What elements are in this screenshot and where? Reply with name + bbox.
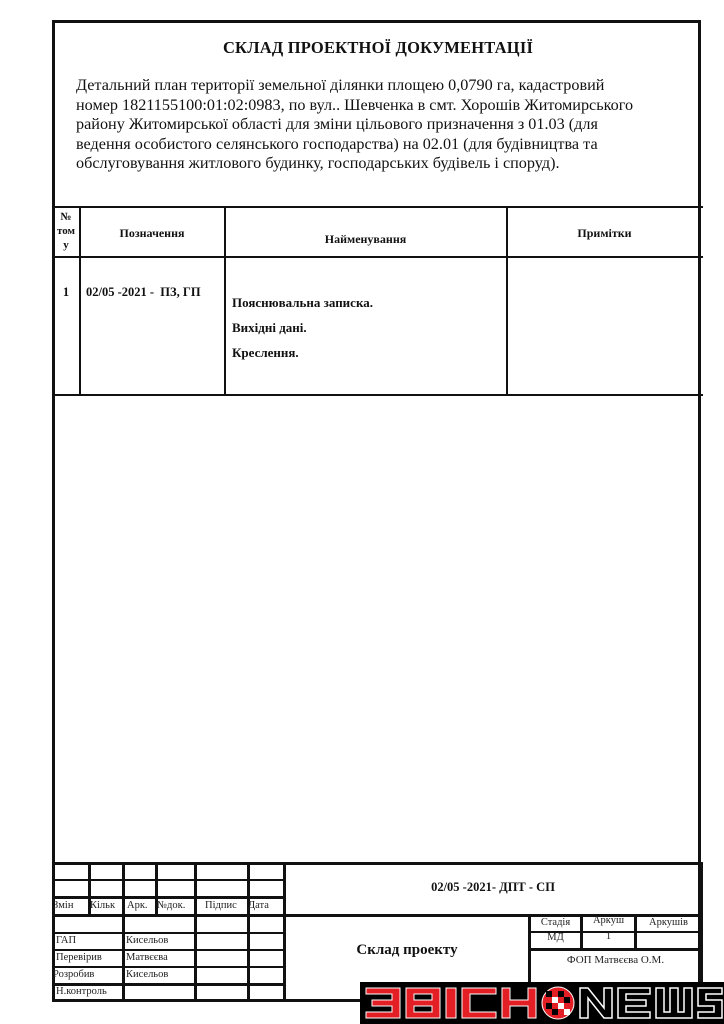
tb-line: [529, 948, 702, 951]
cell-name: Пояснювальна записка. Вихідні дані. Крес…: [232, 290, 373, 365]
sheet-title: Склад проекту: [286, 942, 528, 959]
table-header-border: [52, 256, 703, 258]
role-checked: Перевірив: [56, 952, 102, 963]
header-notes: Примітки: [507, 226, 702, 241]
header-name: Найменування: [225, 232, 506, 247]
header-designation: Позначення: [80, 226, 224, 241]
col-label-signature: Підпис: [205, 900, 237, 911]
stage-value: МД: [531, 932, 580, 943]
col-label-changes: Змін: [53, 900, 73, 911]
organization: ФОП Матвєєва О.М.: [531, 954, 700, 966]
tb-line: [122, 862, 125, 999]
role-name: Матвєєва: [126, 952, 168, 963]
col-label-sheet: Арк.: [127, 900, 148, 911]
description-line: ведення особистого селянського господарс…: [76, 135, 696, 155]
tb-line: [700, 862, 703, 1000]
role-norm-control: Н.контроль: [56, 986, 107, 997]
tb-line: [194, 862, 197, 999]
cell-designation: 02/05 -2021 - ПЗ, ГП: [86, 285, 201, 300]
role-chief-architect: ГАП: [56, 935, 76, 946]
header-volume-no: № том у: [53, 210, 79, 252]
col-label-doc-no: №док.: [157, 900, 185, 911]
document-description: Детальний план території земельної ділян…: [76, 76, 696, 174]
tb-line: [52, 862, 55, 1002]
document-code: 02/05 -2021- ДПТ - СП: [286, 880, 700, 895]
sheet-value: 1: [583, 931, 634, 942]
table-bottom-border: [52, 394, 703, 396]
zvisno-news-logo-icon: [360, 982, 724, 1024]
role-developed: Розробив: [53, 969, 94, 980]
description-line: району Житомирської області для зміни ці…: [76, 115, 696, 135]
col-label-date: Дата: [248, 900, 269, 911]
tb-line: [52, 862, 703, 865]
description-line: номер 1821155100:01:02:0983, по вул.. Ше…: [76, 96, 696, 116]
role-name: Кисельов: [126, 935, 168, 946]
tb-line: [247, 862, 250, 999]
description-line: обслуговування житлового будинку, господ…: [76, 154, 696, 174]
description-line: Детальний план території земельної ділян…: [76, 76, 696, 96]
watermark-logo: [360, 982, 724, 1024]
document-title: СКЛАД ПРОЕКТНОЇ ДОКУМЕНТАЦІЇ: [52, 38, 704, 58]
role-name: Кисельов: [126, 969, 168, 980]
sheet-label: Аркуш: [583, 915, 634, 926]
table-top-border: [52, 206, 703, 208]
col-label-quantity: Кільк: [90, 900, 115, 911]
checker-ball-icon: [542, 987, 574, 1019]
stage-label: Стадія: [531, 917, 580, 928]
sheets-label: Аркушів: [637, 917, 700, 928]
cell-volume: 1: [53, 285, 79, 300]
